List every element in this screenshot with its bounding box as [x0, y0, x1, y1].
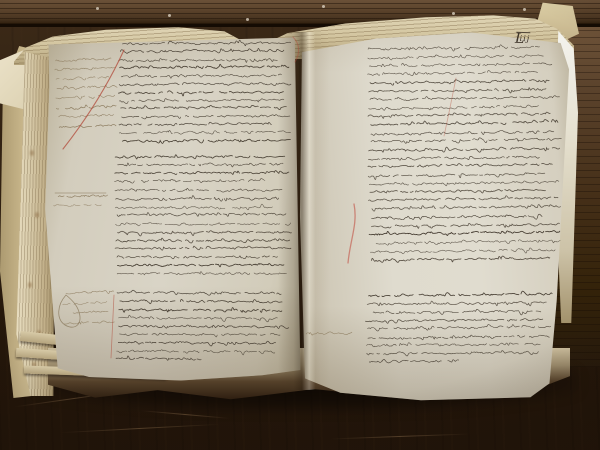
red-hairline-left-page-bottom [111, 295, 114, 358]
handwriting-line [369, 229, 560, 237]
handwriting-line [119, 325, 289, 329]
handwriting-line [370, 188, 546, 194]
handwriting-line [117, 263, 283, 267]
handwriting-line [376, 239, 560, 246]
left-margin-note-middle [53, 195, 107, 207]
handwriting-line [119, 122, 271, 126]
handwriting-line [369, 105, 546, 111]
handwriting-line [116, 222, 291, 226]
handwriting-line [56, 104, 116, 110]
handwriting-line [368, 172, 545, 179]
handwriting-line [120, 48, 284, 53]
handwriting-line [63, 301, 107, 305]
handwriting-line [120, 64, 289, 69]
handwriting-line [373, 309, 541, 317]
handwriting-line [64, 320, 114, 325]
handwriting-line [116, 356, 201, 361]
handwriting-line [54, 204, 102, 207]
handwriting-line [368, 155, 539, 161]
handwriting-line [58, 195, 107, 198]
right-paragraph-1 [366, 44, 563, 263]
handwriting-line [115, 188, 282, 192]
handwriting-line [116, 195, 279, 201]
handwriting-line [56, 76, 109, 81]
handwriting-line [367, 350, 539, 356]
handwriting-line [369, 359, 458, 364]
handwriting-line [118, 162, 283, 167]
handwriting-line [370, 79, 549, 86]
handwriting-line [122, 139, 290, 144]
handwriting-line [115, 179, 269, 184]
left-margin-note-bottom [62, 290, 115, 325]
handwriting-ink-layer [0, 0, 600, 450]
brown-flourish-left-margin [59, 295, 80, 327]
handwriting-line [118, 340, 278, 346]
right-margin-note [306, 332, 352, 336]
right-paragraph-2 [365, 291, 553, 363]
handwriting-line [121, 105, 287, 111]
manuscript-photo: Liiij [0, 0, 600, 450]
handwriting-line [115, 246, 291, 251]
handwriting-line [368, 70, 538, 77]
handwriting-line [122, 40, 290, 47]
handwriting-line [66, 290, 114, 296]
handwriting-line [117, 290, 281, 295]
handwriting-line [117, 212, 286, 217]
handwriting-line [120, 333, 280, 337]
left-paragraph-2 [114, 154, 291, 275]
handwriting-line [117, 349, 275, 355]
handwriting-line [121, 73, 281, 78]
handwriting-line [372, 214, 546, 221]
handwriting-line [369, 146, 560, 154]
handwriting-line [115, 171, 289, 175]
handwriting-line [119, 98, 283, 104]
handwriting-line [117, 255, 278, 259]
left-margin-note-top [54, 57, 118, 128]
handwriting-line [372, 204, 561, 211]
handwriting-line [119, 130, 290, 135]
red-thread-right-page [348, 204, 355, 263]
red-curl-near-gutter-top [293, 37, 299, 62]
left-paragraph-1 [118, 40, 291, 144]
handwriting-line [115, 154, 285, 159]
handwriting-line [371, 130, 561, 137]
handwriting-line [59, 124, 116, 128]
handwriting-line [306, 332, 352, 336]
handwriting-line [368, 324, 551, 331]
handwriting-line [122, 115, 290, 119]
handwriting-line [56, 95, 115, 100]
handwriting-line [368, 53, 548, 60]
handwriting-line [365, 318, 542, 323]
handwriting-line [368, 162, 552, 168]
handwriting-line [371, 119, 558, 126]
handwriting-line [371, 137, 561, 145]
handwriting-line [368, 112, 550, 119]
handwriting-line [368, 44, 539, 52]
red-hairline-right-page [444, 78, 456, 136]
handwriting-line [119, 58, 278, 64]
handwriting-line [118, 230, 292, 236]
handwriting-line [368, 334, 549, 340]
handwriting-line [372, 255, 550, 263]
handwriting-line [119, 307, 282, 313]
handwriting-line [367, 300, 550, 308]
handwriting-line [57, 84, 117, 90]
handwriting-line [367, 341, 541, 347]
handwriting-line [372, 222, 560, 229]
handwriting-line [369, 61, 552, 67]
handwriting-line [120, 299, 282, 304]
left-paragraph-3 [116, 290, 289, 361]
handwriting-line [368, 195, 557, 202]
handwriting-line [370, 248, 555, 256]
handwriting-line [56, 57, 111, 62]
handwriting-line [370, 95, 560, 101]
handwriting-line [55, 66, 116, 71]
handwriting-line [117, 271, 286, 275]
handwriting-line [116, 238, 290, 244]
left-page-ink [53, 40, 291, 361]
right-page-ink [306, 44, 563, 363]
handwriting-line [369, 291, 553, 297]
handwriting-line [115, 204, 276, 210]
handwriting-line [118, 90, 283, 96]
red-diagonal-stroke-left-page [63, 50, 124, 149]
handwriting-line [369, 180, 558, 187]
handwriting-line [119, 82, 291, 87]
handwriting-line [119, 315, 278, 322]
handwriting-line [369, 87, 546, 95]
